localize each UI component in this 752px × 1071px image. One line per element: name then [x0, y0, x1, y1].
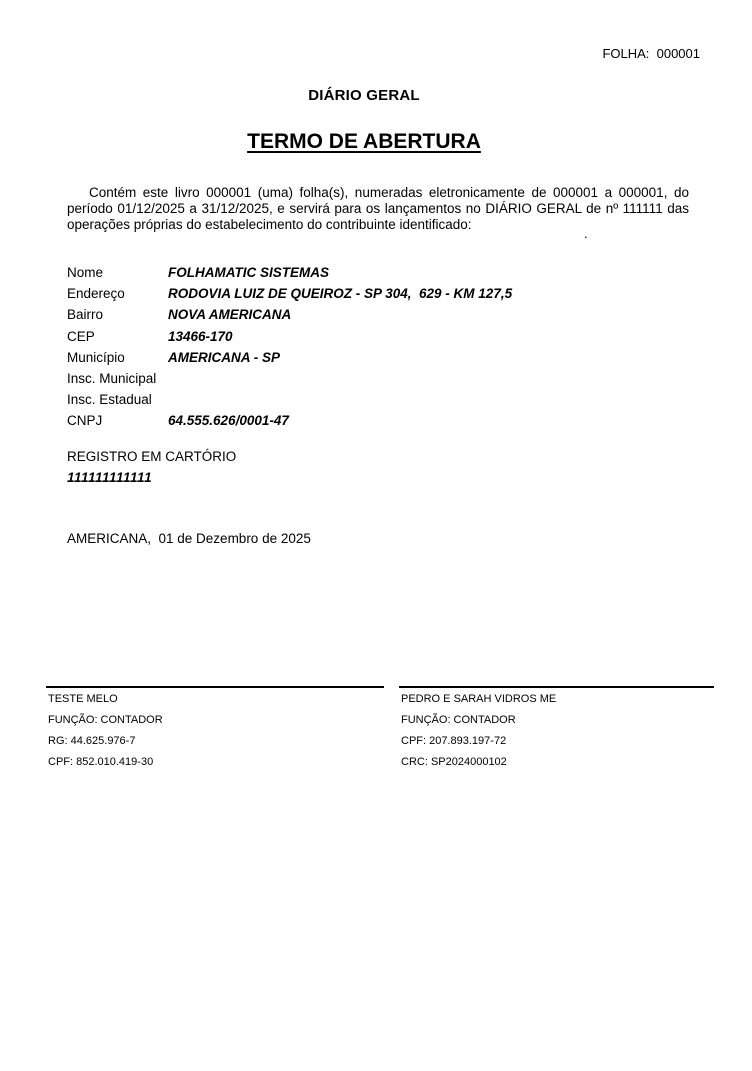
field-row-insc-municipal: Insc. Municipal	[67, 368, 512, 389]
field-label-municipio: Município	[67, 350, 168, 365]
registry-number: 111111111111	[67, 470, 152, 485]
folha-number: FOLHA: 000001	[602, 46, 700, 61]
field-label-nome: Nome	[67, 265, 168, 280]
field-label-endereco: Endereço	[67, 286, 168, 301]
signature-doc1: RG: 44.625.976-7	[46, 735, 384, 748]
signature-role: FUNÇÃO: CONTADOR	[399, 714, 714, 727]
signature-doc2: CPF: 852.010.419-30	[46, 756, 384, 769]
field-value-bairro: NOVA AMERICANA	[168, 307, 291, 322]
registry-title: REGISTRO EM CARTÓRIO	[67, 449, 236, 464]
signature-role: FUNÇÃO: CONTADOR	[46, 714, 384, 727]
opening-paragraph: Contém este livro 000001 (uma) folha(s),…	[67, 185, 689, 234]
signature-doc1: CPF: 207.893.197-72	[399, 735, 714, 748]
field-label-insc-estadual: Insc. Estadual	[67, 392, 168, 407]
field-row-insc-estadual: Insc. Estadual	[67, 389, 512, 410]
term-title: TERMO DE ABERTURA	[0, 130, 728, 154]
signature-name: PEDRO E SARAH VIDROS ME	[399, 693, 714, 706]
signature-block-accountant: TESTE MELO FUNÇÃO: CONTADOR RG: 44.625.9…	[46, 686, 384, 769]
signature-block-company: PEDRO E SARAH VIDROS ME FUNÇÃO: CONTADOR…	[399, 686, 714, 769]
field-label-cnpj: CNPJ	[67, 413, 168, 428]
field-label-insc-municipal: Insc. Municipal	[67, 371, 168, 386]
document-page: FOLHA: 000001 DIÁRIO GERAL TERMO DE ABER…	[0, 0, 752, 1071]
field-value-cep: 13466-170	[168, 329, 233, 344]
stray-period-mark: .	[584, 226, 588, 241]
city-date-line: AMERICANA, 01 de Dezembro de 2025	[67, 531, 311, 546]
signature-doc2: CRC: SP2024000102	[399, 756, 714, 769]
field-value-nome: FOLHAMATIC SISTEMAS	[168, 265, 329, 280]
field-value-municipio: AMERICANA - SP	[168, 350, 280, 365]
field-row-endereco: Endereço RODOVIA LUIZ DE QUEIROZ - SP 30…	[67, 283, 512, 304]
book-title: DIÁRIO GERAL	[0, 87, 728, 104]
field-value-endereco: RODOVIA LUIZ DE QUEIROZ - SP 304, 629 - …	[168, 286, 512, 301]
field-row-cnpj: CNPJ 64.555.626/0001-47	[67, 410, 512, 431]
company-fields: Nome FOLHAMATIC SISTEMAS Endereço RODOVI…	[67, 262, 512, 432]
field-row-nome: Nome FOLHAMATIC SISTEMAS	[67, 262, 512, 283]
field-row-cep: CEP 13466-170	[67, 326, 512, 347]
field-label-bairro: Bairro	[67, 307, 168, 322]
field-row-bairro: Bairro NOVA AMERICANA	[67, 304, 512, 325]
signature-name: TESTE MELO	[46, 693, 384, 706]
field-value-cnpj: 64.555.626/0001-47	[168, 413, 289, 428]
term-title-text: TERMO DE ABERTURA	[247, 130, 481, 153]
field-row-municipio: Município AMERICANA - SP	[67, 347, 512, 368]
field-label-cep: CEP	[67, 329, 168, 344]
